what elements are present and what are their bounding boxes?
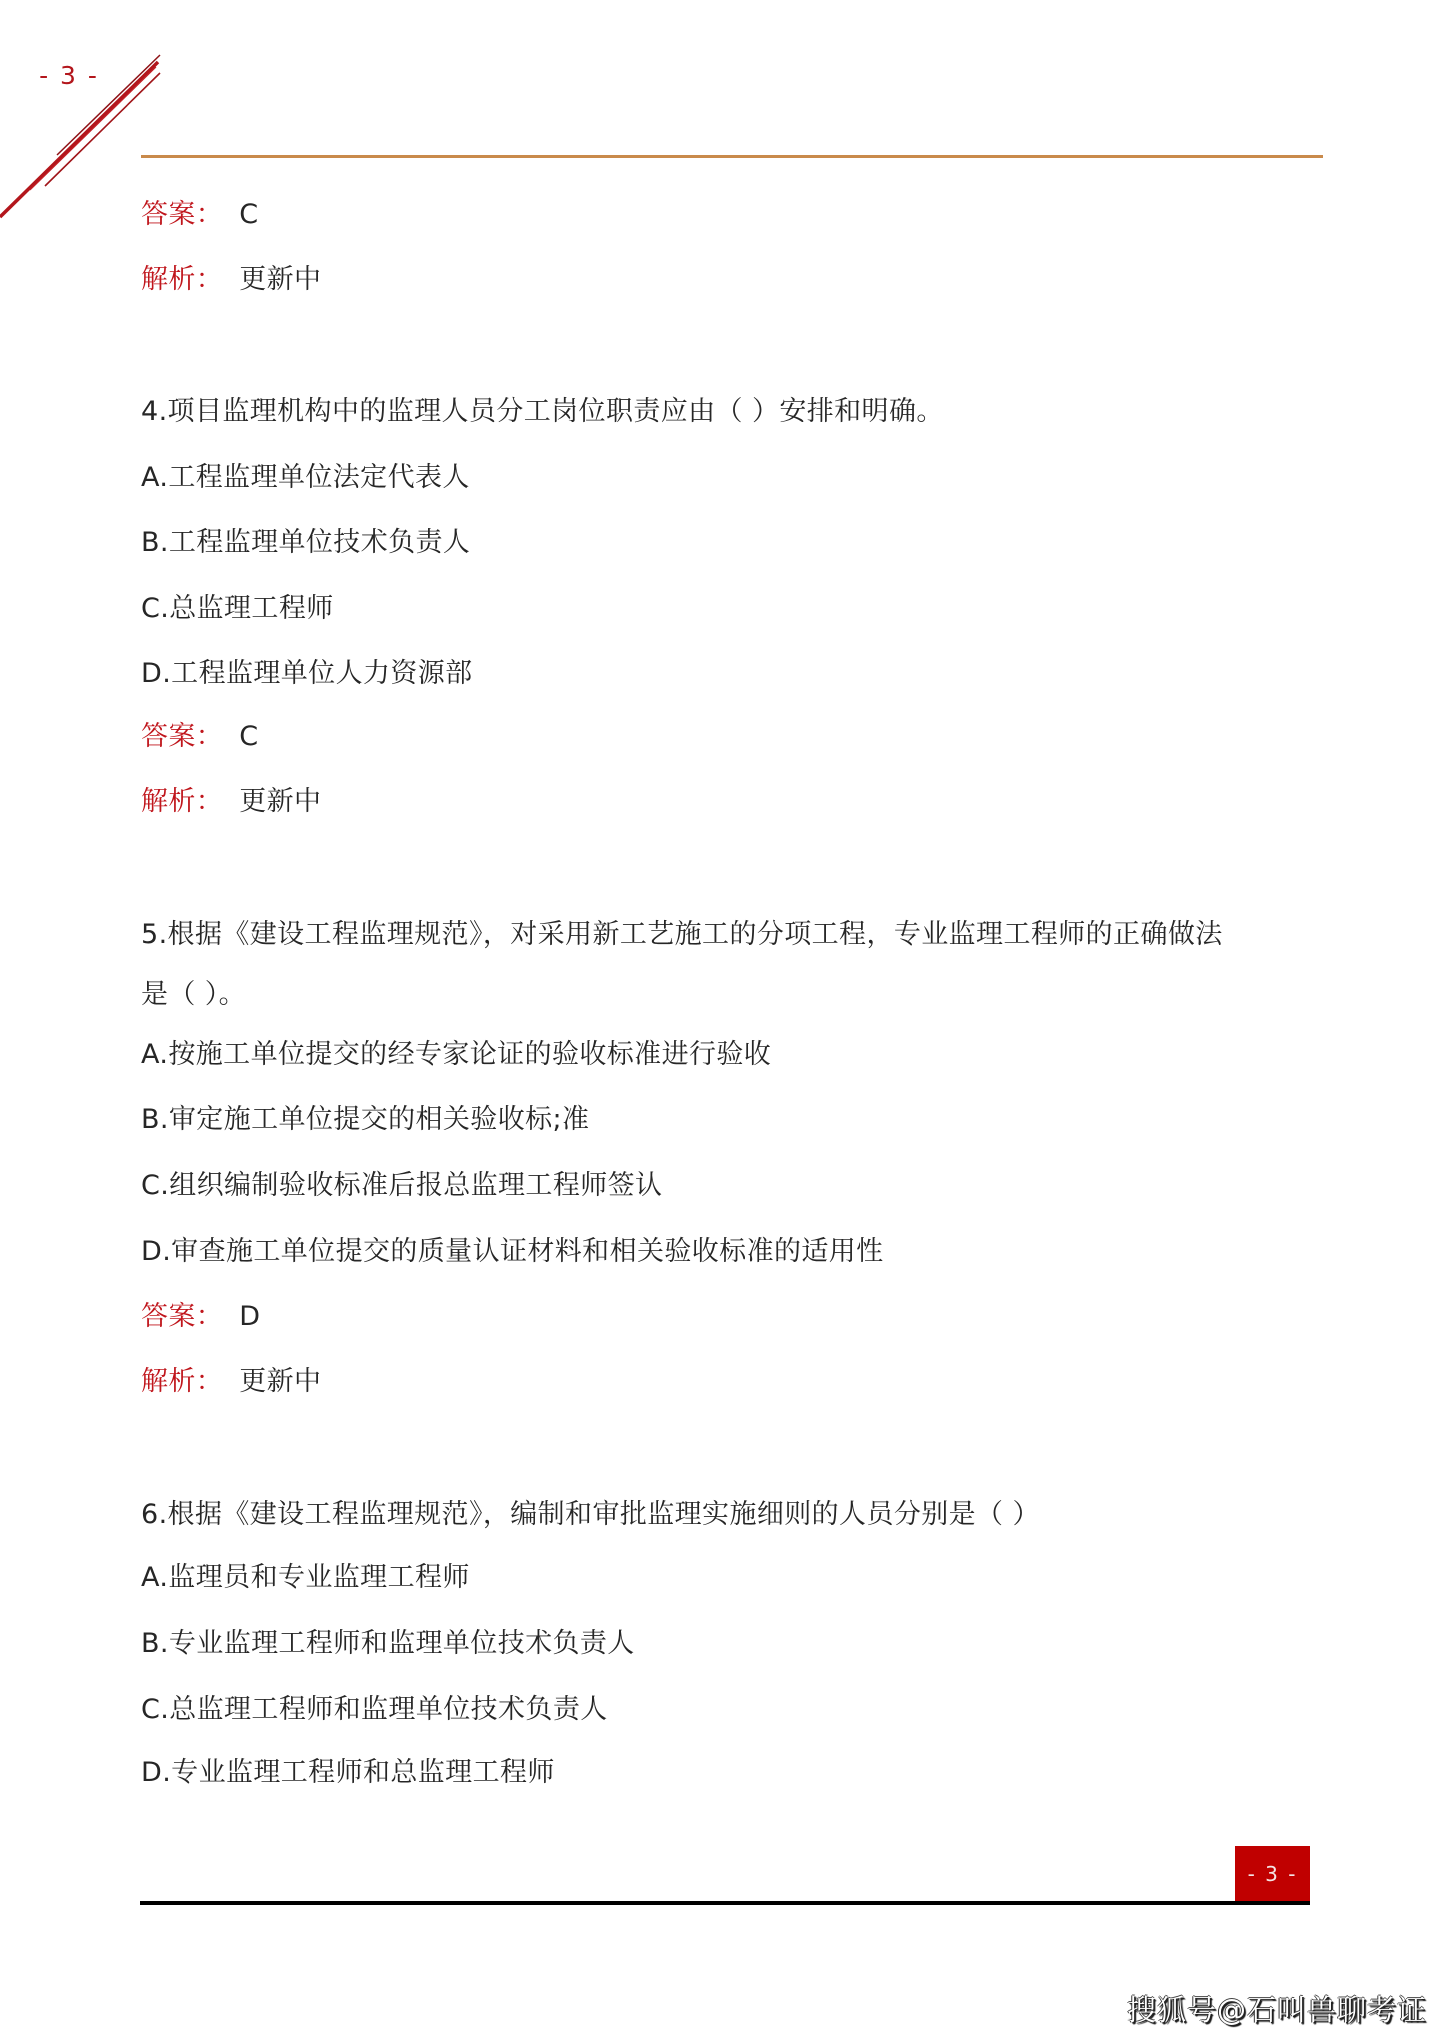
footer-rule [140, 1901, 1310, 1905]
option-d: D.专业监理工程师和总监理工程师 [141, 1753, 555, 1793]
answer-value: C [239, 721, 258, 752]
answer-value: C [239, 199, 258, 230]
question-stem-line-2: 是（ ）。 [141, 975, 246, 1015]
analysis-line: 解析：更新中 [141, 782, 321, 822]
question-stem: 4.项目监理机构中的监理人员分工岗位职责应由（ ）安排和明确。 [141, 392, 944, 432]
option-c: C.总监理工程师 [141, 589, 334, 629]
document-page: - 3 - 答案：C 解析：更新中 4.项目监理机构中的监理人员分工岗位职责应由… [0, 0, 1442, 2040]
answer-value: D [239, 1301, 260, 1332]
option-b: B.审定施工单位提交的相关验收标;准 [141, 1100, 589, 1140]
question-stem-line-1: 5.根据《建设工程监理规范》，对采用新工艺施工的分项工程，专业监理工程师的正确做… [141, 915, 1223, 955]
option-c: C.组织编制验收标准后报总监理工程师签认 [141, 1166, 662, 1206]
answer-line: 答案：D [141, 1297, 260, 1337]
header-page-number: - 3 - [36, 58, 102, 94]
analysis-value: 更新中 [239, 264, 321, 295]
option-b: B.工程监理单位技术负责人 [141, 523, 470, 563]
analysis-label: 解析： [141, 264, 223, 295]
analysis-line: 解析：更新中 [141, 260, 321, 300]
analysis-line: 解析：更新中 [141, 1362, 321, 1402]
answer-label: 答案： [141, 199, 223, 230]
option-a: A.工程监理单位法定代表人 [141, 458, 470, 498]
analysis-label: 解析： [141, 1366, 223, 1397]
option-d: D.工程监理单位人力资源部 [141, 654, 473, 694]
analysis-label: 解析： [141, 786, 223, 817]
option-b: B.专业监理工程师和监理单位技术负责人 [141, 1624, 635, 1664]
analysis-value: 更新中 [239, 786, 321, 817]
answer-line: 答案：C [141, 717, 258, 757]
answer-line: 答案：C [141, 195, 258, 235]
header-rule [141, 155, 1323, 158]
answer-label: 答案： [141, 1301, 223, 1332]
option-c: C.总监理工程师和监理单位技术负责人 [141, 1690, 608, 1730]
watermark-text: 搜狐号@石叫兽聊考证 [1127, 1990, 1427, 2030]
option-a: A.监理员和专业监理工程师 [141, 1558, 470, 1598]
question-stem: 6.根据《建设工程监理规范》，编制和审批监理实施细则的人员分别是（ ） [141, 1495, 1040, 1535]
option-d: D.审查施工单位提交的质量认证材料和相关验收标准的适用性 [141, 1232, 884, 1272]
analysis-value: 更新中 [239, 1366, 321, 1397]
footer-page-number: - 3 - [1235, 1846, 1310, 1902]
option-a: A.按施工单位提交的经专家论证的验收标准进行验收 [141, 1035, 771, 1075]
answer-label: 答案： [141, 721, 223, 752]
